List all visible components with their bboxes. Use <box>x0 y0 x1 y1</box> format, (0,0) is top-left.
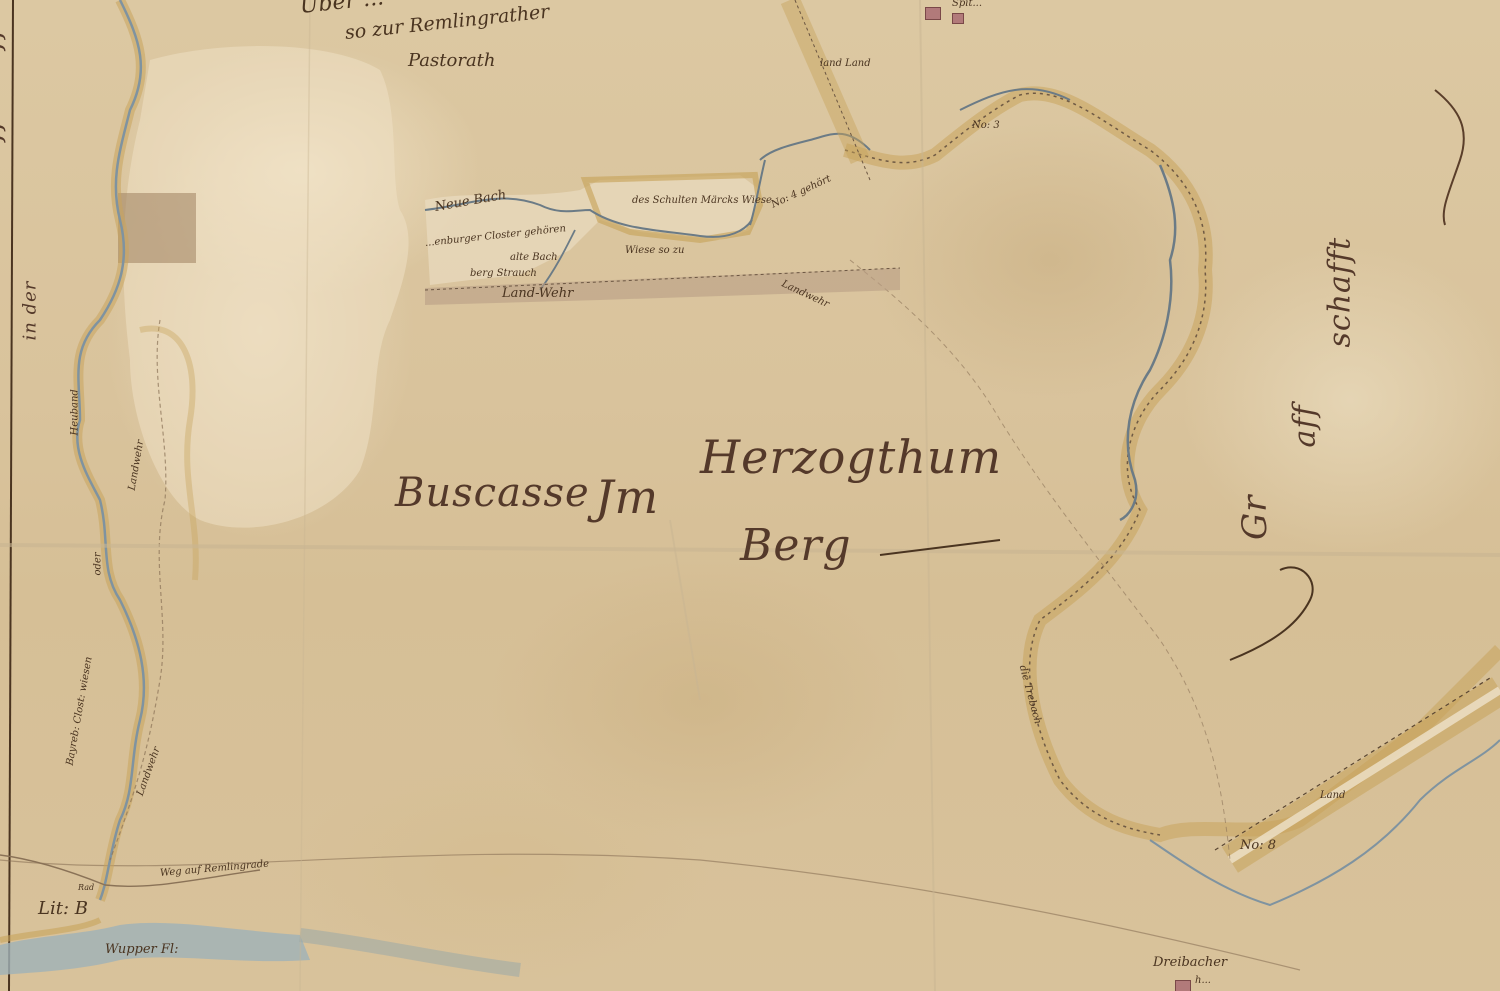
label-dreibacher: Dreibacher <box>1153 955 1227 970</box>
label-top-note-3: Pastorath <box>408 50 496 71</box>
building-icon <box>952 13 964 24</box>
label-alte-bach: alte Bach <box>510 252 558 263</box>
label-land-top: land Land <box>820 58 871 69</box>
label-oder: oder <box>93 552 104 575</box>
label-heuband: Heuband <box>70 389 81 435</box>
flourish-right <box>1230 567 1313 660</box>
building-icon <box>925 7 941 20</box>
label-schulten-wiese: des Schulten Märcks Wiese <box>632 195 772 206</box>
label-dreibacher-sub: h... <box>1195 975 1211 986</box>
path-diagonal <box>850 260 1230 860</box>
stain-square <box>118 193 196 263</box>
map-title-berg: Berg <box>740 520 852 571</box>
label-no3: No: 3 <box>972 120 1000 131</box>
map-title-buscasse: Buscasse <box>395 470 590 516</box>
margin-title-grafschaft: Graffschafft <box>0 15 7 197</box>
right-margin-title-gr: Gr <box>1235 495 1275 540</box>
label-spital: Spit... <box>952 0 982 9</box>
label-berg-strauch: berg Strauch <box>470 268 537 279</box>
river-wupper-east <box>300 935 520 970</box>
margin-title-in-der: in der <box>20 281 41 341</box>
landwehr-dashes-se <box>1215 678 1490 850</box>
map-title-herzogthum: Herzogthum <box>700 430 1002 484</box>
fold-vertical-2 <box>670 520 700 700</box>
worn-patch <box>123 46 408 528</box>
label-land-small: Land <box>1320 790 1345 801</box>
label-land-wehr: Land-Wehr <box>502 286 573 301</box>
building-icon <box>1175 980 1191 991</box>
landwehr-band-se-inner <box>1230 690 1500 860</box>
right-margin-title-schafft: schafft <box>1323 237 1358 348</box>
map-frame-line <box>9 0 13 991</box>
label-wiese-so-zu: Wiese so zu <box>625 245 685 256</box>
label-rad: Rad <box>78 883 94 892</box>
historical-map: Buscasse Jm Herzogthum Berg Buscas der M… <box>0 0 1500 991</box>
flourish-topright <box>1435 90 1464 225</box>
right-margin-title-aff: aff <box>1288 404 1323 447</box>
label-lit-b: Lit: B <box>38 898 88 919</box>
label-no8: No: 8 <box>1240 838 1276 853</box>
label-wupper: Wupper Fl: <box>105 942 178 957</box>
map-title-im: Jm <box>595 470 659 524</box>
